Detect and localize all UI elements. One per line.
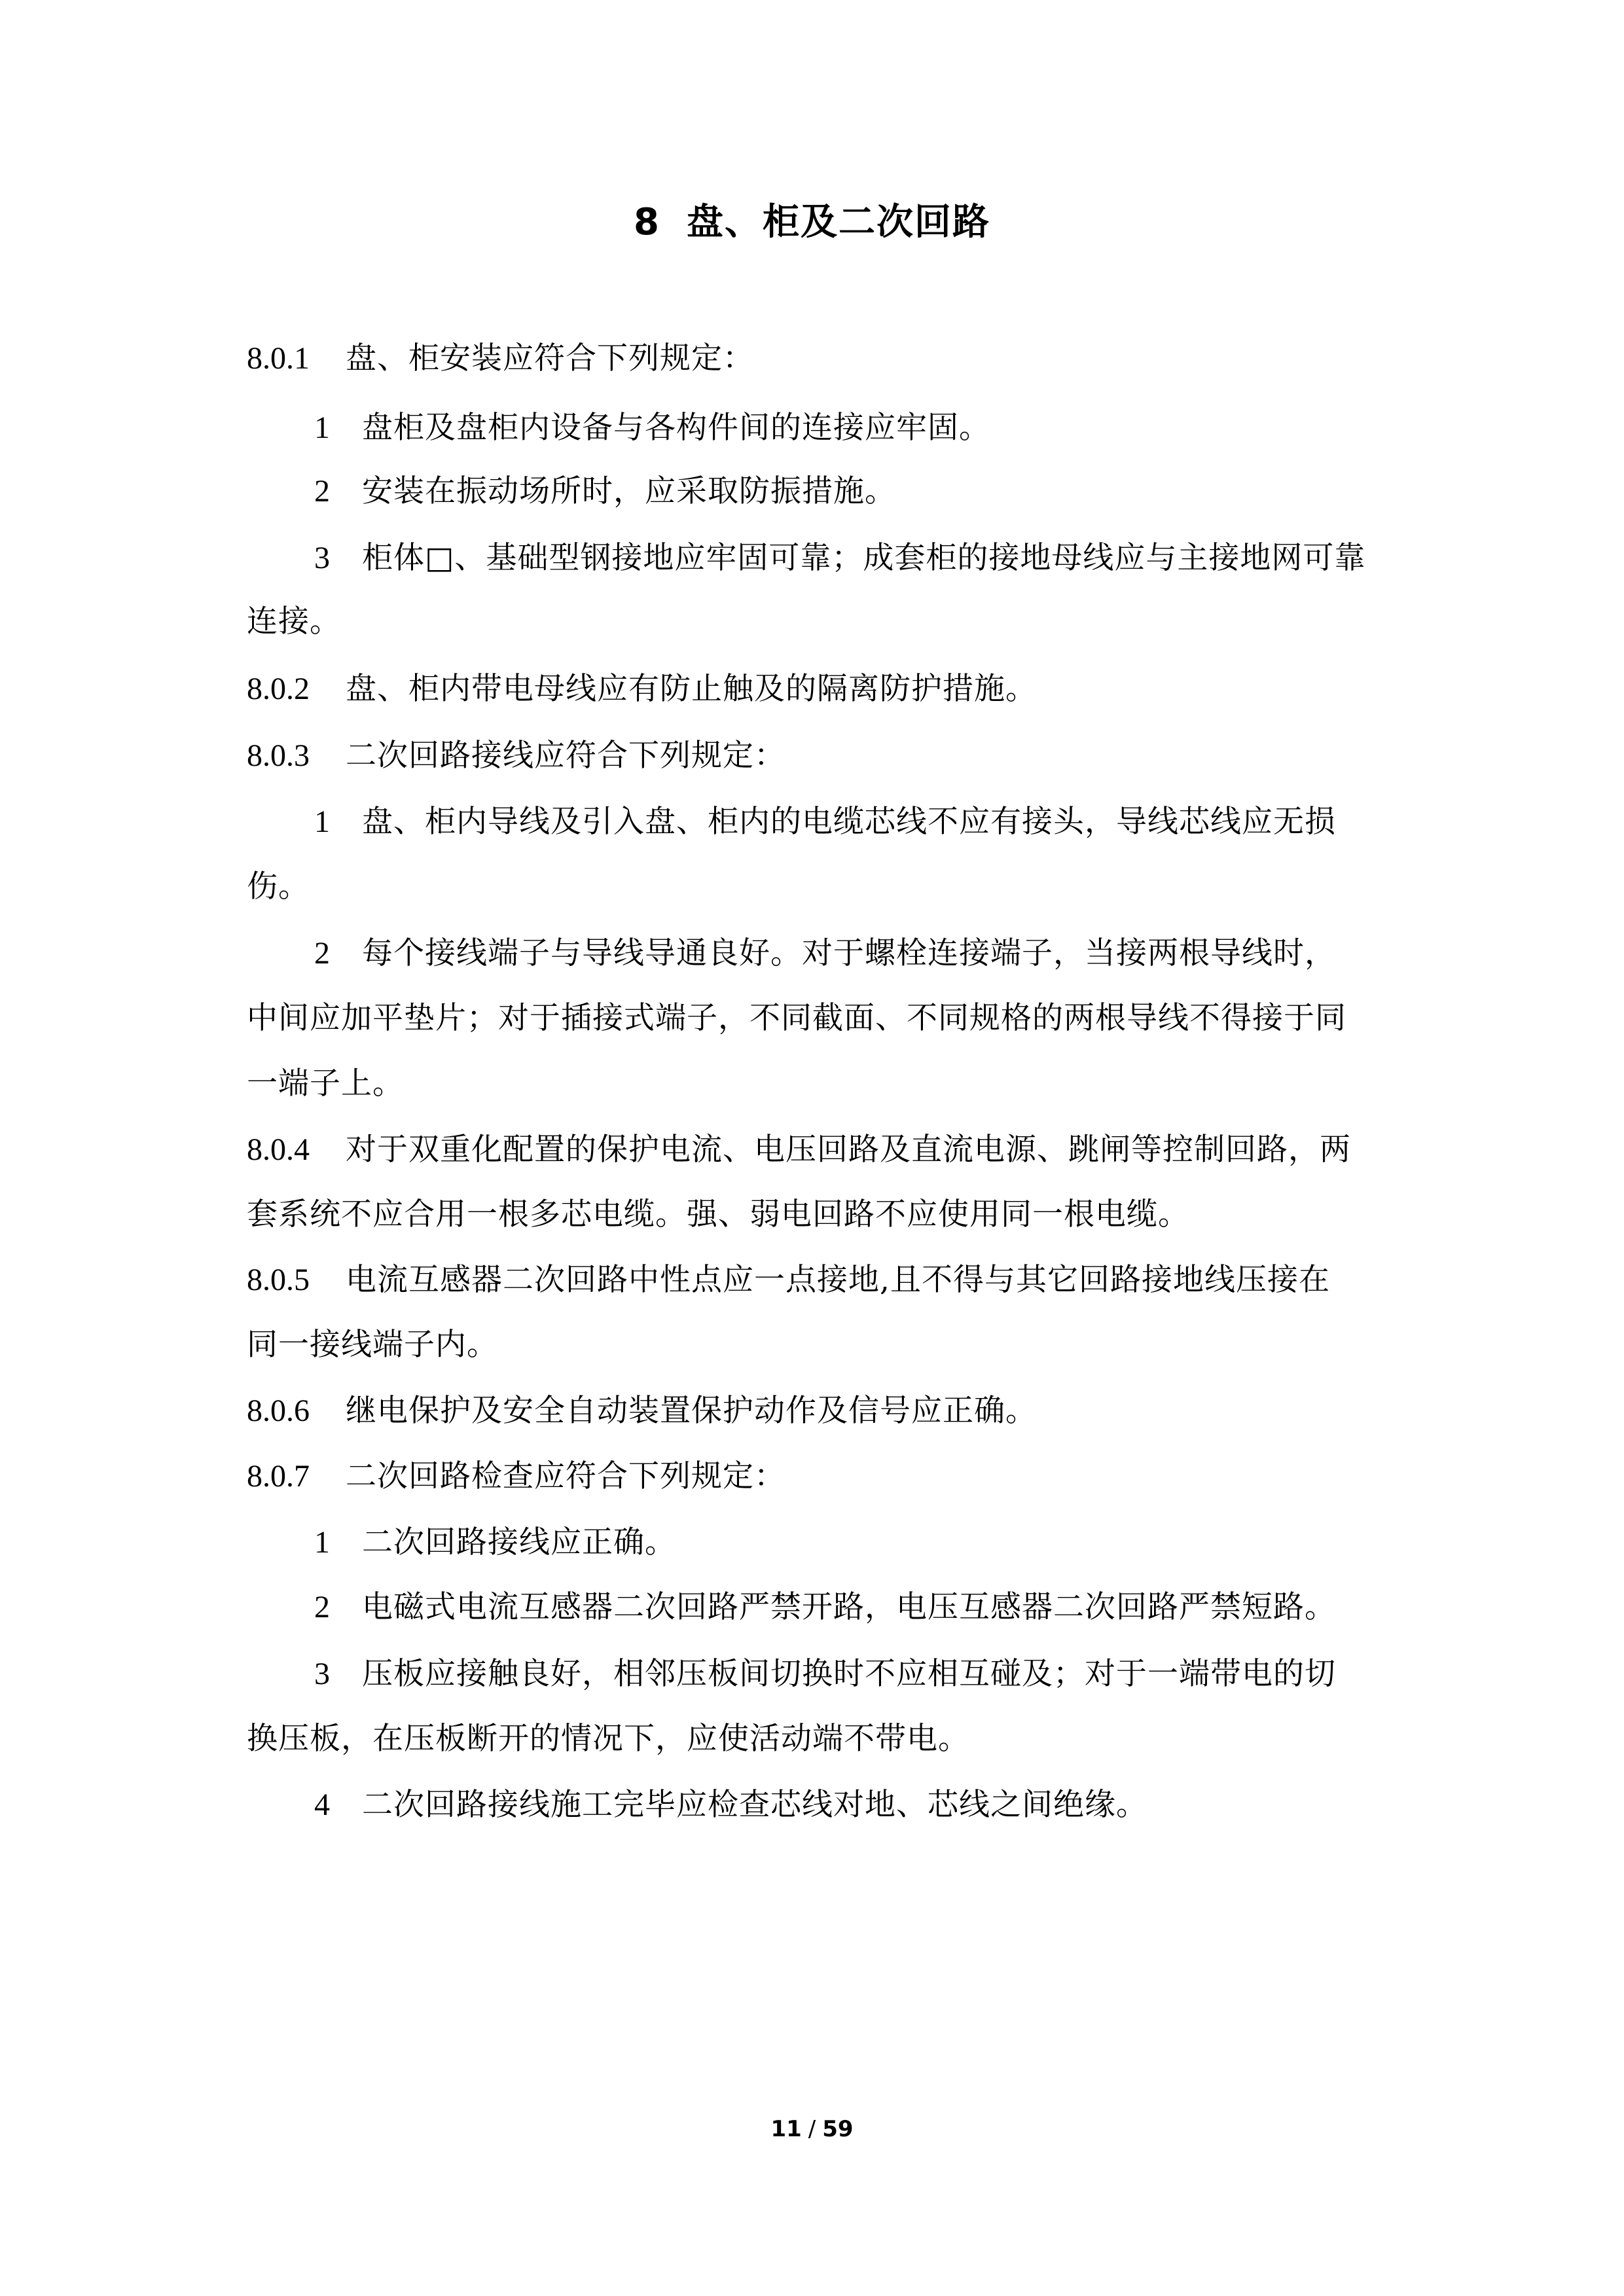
clause-number: 8.0.5	[247, 1257, 346, 1303]
item-text: 盘柜及盘柜内设备与各构件间的连接应牢固。	[362, 410, 990, 446]
item-text-continuation: 连接。	[247, 603, 341, 639]
item-text: 二次回路接线应正确。	[362, 1524, 676, 1560]
clause-8-0-1-item-1: 1盘柜及盘柜内设备与各构件间的连接应牢固。	[314, 405, 1379, 451]
clause-8-0-2: 8.0.2盘、柜内带电母线应有防止触及的隔离防护措施。	[247, 666, 1379, 712]
clause-8-0-7-item-4: 4二次回路接线施工完毕应检查芯线对地、芯线之间绝缘。	[314, 1782, 1379, 1828]
current-page-number: 11	[770, 2116, 801, 2142]
clause-8-0-1-item-2: 2安装在振动场所时，应采取防振措施。	[314, 469, 1379, 514]
clause-text: 二次回路接线应符合下列规定：	[346, 738, 785, 774]
clause-8-0-7: 8.0.7二次回路检查应符合下列规定：	[247, 1454, 1379, 1499]
item-text: 安装在振动场所时，应采取防振措施。	[362, 473, 896, 509]
clause-8-0-1-item-3-continuation: 连接。	[247, 599, 1379, 645]
item-number: 1	[314, 1520, 362, 1566]
item-text: 每个接线端子与导线导通良好。对于螺栓连接端子，当接两根导线时，	[362, 935, 1336, 971]
item-number: 2	[314, 1585, 362, 1630]
clause-text: 对于双重化配置的保护电流、电压回路及直流电源、跳闸等控制回路，两	[346, 1132, 1351, 1168]
clause-8-0-7-item-3: 3压板应接触良好，相邻压板间切换时不应相互碰及；对于一端带电的切	[314, 1651, 1379, 1697]
total-pages: 59	[822, 2116, 853, 2142]
clause-8-0-4-continuation: 套系统不应合用一根多芯电缆。强、弱电回路不应使用同一根电缆。	[247, 1192, 1379, 1238]
clause-8-0-4: 8.0.4对于双重化配置的保护电流、电压回路及直流电源、跳闸等控制回路，两	[247, 1127, 1379, 1173]
clause-number: 8.0.6	[247, 1388, 346, 1434]
clause-8-0-3-item-2-continuation-1: 中间应加平垫片；对于插接式端子，不同截面、不同规格的两根导线不得接于同	[247, 996, 1379, 1041]
clause-number: 8.0.3	[247, 733, 346, 779]
page-footer: 11/59	[0, 2113, 1624, 2145]
item-number: 4	[314, 1782, 362, 1828]
chapter-title: 8盘、柜及二次回路	[0, 196, 1624, 249]
clause-number: 8.0.4	[247, 1127, 346, 1173]
item-text: 电磁式电流互感器二次回路严禁开路，电压互感器二次回路严禁短路。	[362, 1589, 1336, 1625]
item-number: 1	[314, 799, 362, 845]
clause-8-0-5: 8.0.5电流互感器二次回路中性点应一点接地,且不得与其它回路接地线压接在	[247, 1257, 1379, 1303]
clause-number: 8.0.7	[247, 1454, 346, 1499]
clause-8-0-3-item-1: 1盘、柜内导线及引入盘、柜内的电缆芯线不应有接头，导线芯线应无损	[314, 799, 1379, 845]
item-text-continuation: 伤。	[247, 869, 310, 905]
item-number: 2	[314, 469, 362, 514]
clause-8-0-7-item-3-continuation: 换压板，在压板断开的情况下，应使活动端不带电。	[247, 1716, 1379, 1762]
item-number: 3	[314, 535, 362, 581]
clause-8-0-6: 8.0.6继电保护及安全自动装置保护动作及信号应正确。	[247, 1388, 1379, 1434]
item-text-continuation: 换压板，在压板断开的情况下，应使活动端不带电。	[247, 1721, 969, 1757]
clause-text: 二次回路检查应符合下列规定：	[346, 1458, 785, 1494]
page-separator: /	[808, 2116, 816, 2142]
document-page: 8盘、柜及二次回路 8.0.1盘、柜安装应符合下列规定： 1盘柜及盘柜内设备与各…	[0, 0, 1624, 2296]
clause-8-0-3: 8.0.3二次回路接线应符合下列规定：	[247, 733, 1379, 779]
clause-8-0-7-item-1: 1二次回路接线应正确。	[314, 1520, 1379, 1566]
clause-number: 8.0.1	[247, 336, 346, 382]
clause-8-0-1-item-3: 3柜体□、基础型钢接地应牢固可靠；成套柜的接地母线应与主接地网可靠	[314, 535, 1379, 581]
clause-8-0-7-item-2: 2电磁式电流互感器二次回路严禁开路，电压互感器二次回路严禁短路。	[314, 1585, 1379, 1630]
chapter-title-text: 盘、柜及二次回路	[687, 201, 990, 243]
clause-text: 电流互感器二次回路中性点应一点接地,且不得与其它回路接地线压接在	[346, 1262, 1330, 1298]
clause-text-continuation: 套系统不应合用一根多芯电缆。强、弱电回路不应使用同一根电缆。	[247, 1196, 1189, 1232]
chapter-number: 8	[634, 201, 660, 243]
clause-text: 继电保护及安全自动装置保护动作及信号应正确。	[346, 1393, 1037, 1429]
clause-number: 8.0.2	[247, 666, 346, 712]
item-text: 盘、柜内导线及引入盘、柜内的电缆芯线不应有接头，导线芯线应无损	[362, 804, 1336, 840]
clause-text-continuation: 同一接线端子内。	[247, 1327, 498, 1363]
clause-8-0-3-item-2-continuation-2: 一端子上。	[247, 1061, 1379, 1107]
clause-text: 盘、柜内带电母线应有防止触及的隔离防护措施。	[346, 671, 1037, 707]
clause-8-0-5-continuation: 同一接线端子内。	[247, 1322, 1379, 1368]
item-text-continuation: 一端子上。	[247, 1066, 404, 1102]
item-number: 2	[314, 931, 362, 977]
item-text-continuation: 中间应加平垫片；对于插接式端子，不同截面、不同规格的两根导线不得接于同	[247, 1000, 1346, 1036]
clause-8-0-1: 8.0.1盘、柜安装应符合下列规定：	[247, 336, 1379, 382]
clause-8-0-3-item-1-continuation: 伤。	[247, 864, 1379, 910]
item-text: 柜体□、基础型钢接地应牢固可靠；成套柜的接地母线应与主接地网可靠	[362, 540, 1365, 576]
item-text: 压板应接触良好，相邻压板间切换时不应相互碰及；对于一端带电的切	[362, 1656, 1336, 1692]
clause-text: 盘、柜安装应符合下列规定：	[346, 340, 754, 376]
item-text: 二次回路接线施工完毕应检查芯线对地、芯线之间绝缘。	[362, 1787, 1147, 1823]
clause-8-0-3-item-2: 2每个接线端子与导线导通良好。对于螺栓连接端子，当接两根导线时，	[314, 931, 1379, 977]
item-number: 1	[314, 405, 362, 451]
item-number: 3	[314, 1651, 362, 1697]
